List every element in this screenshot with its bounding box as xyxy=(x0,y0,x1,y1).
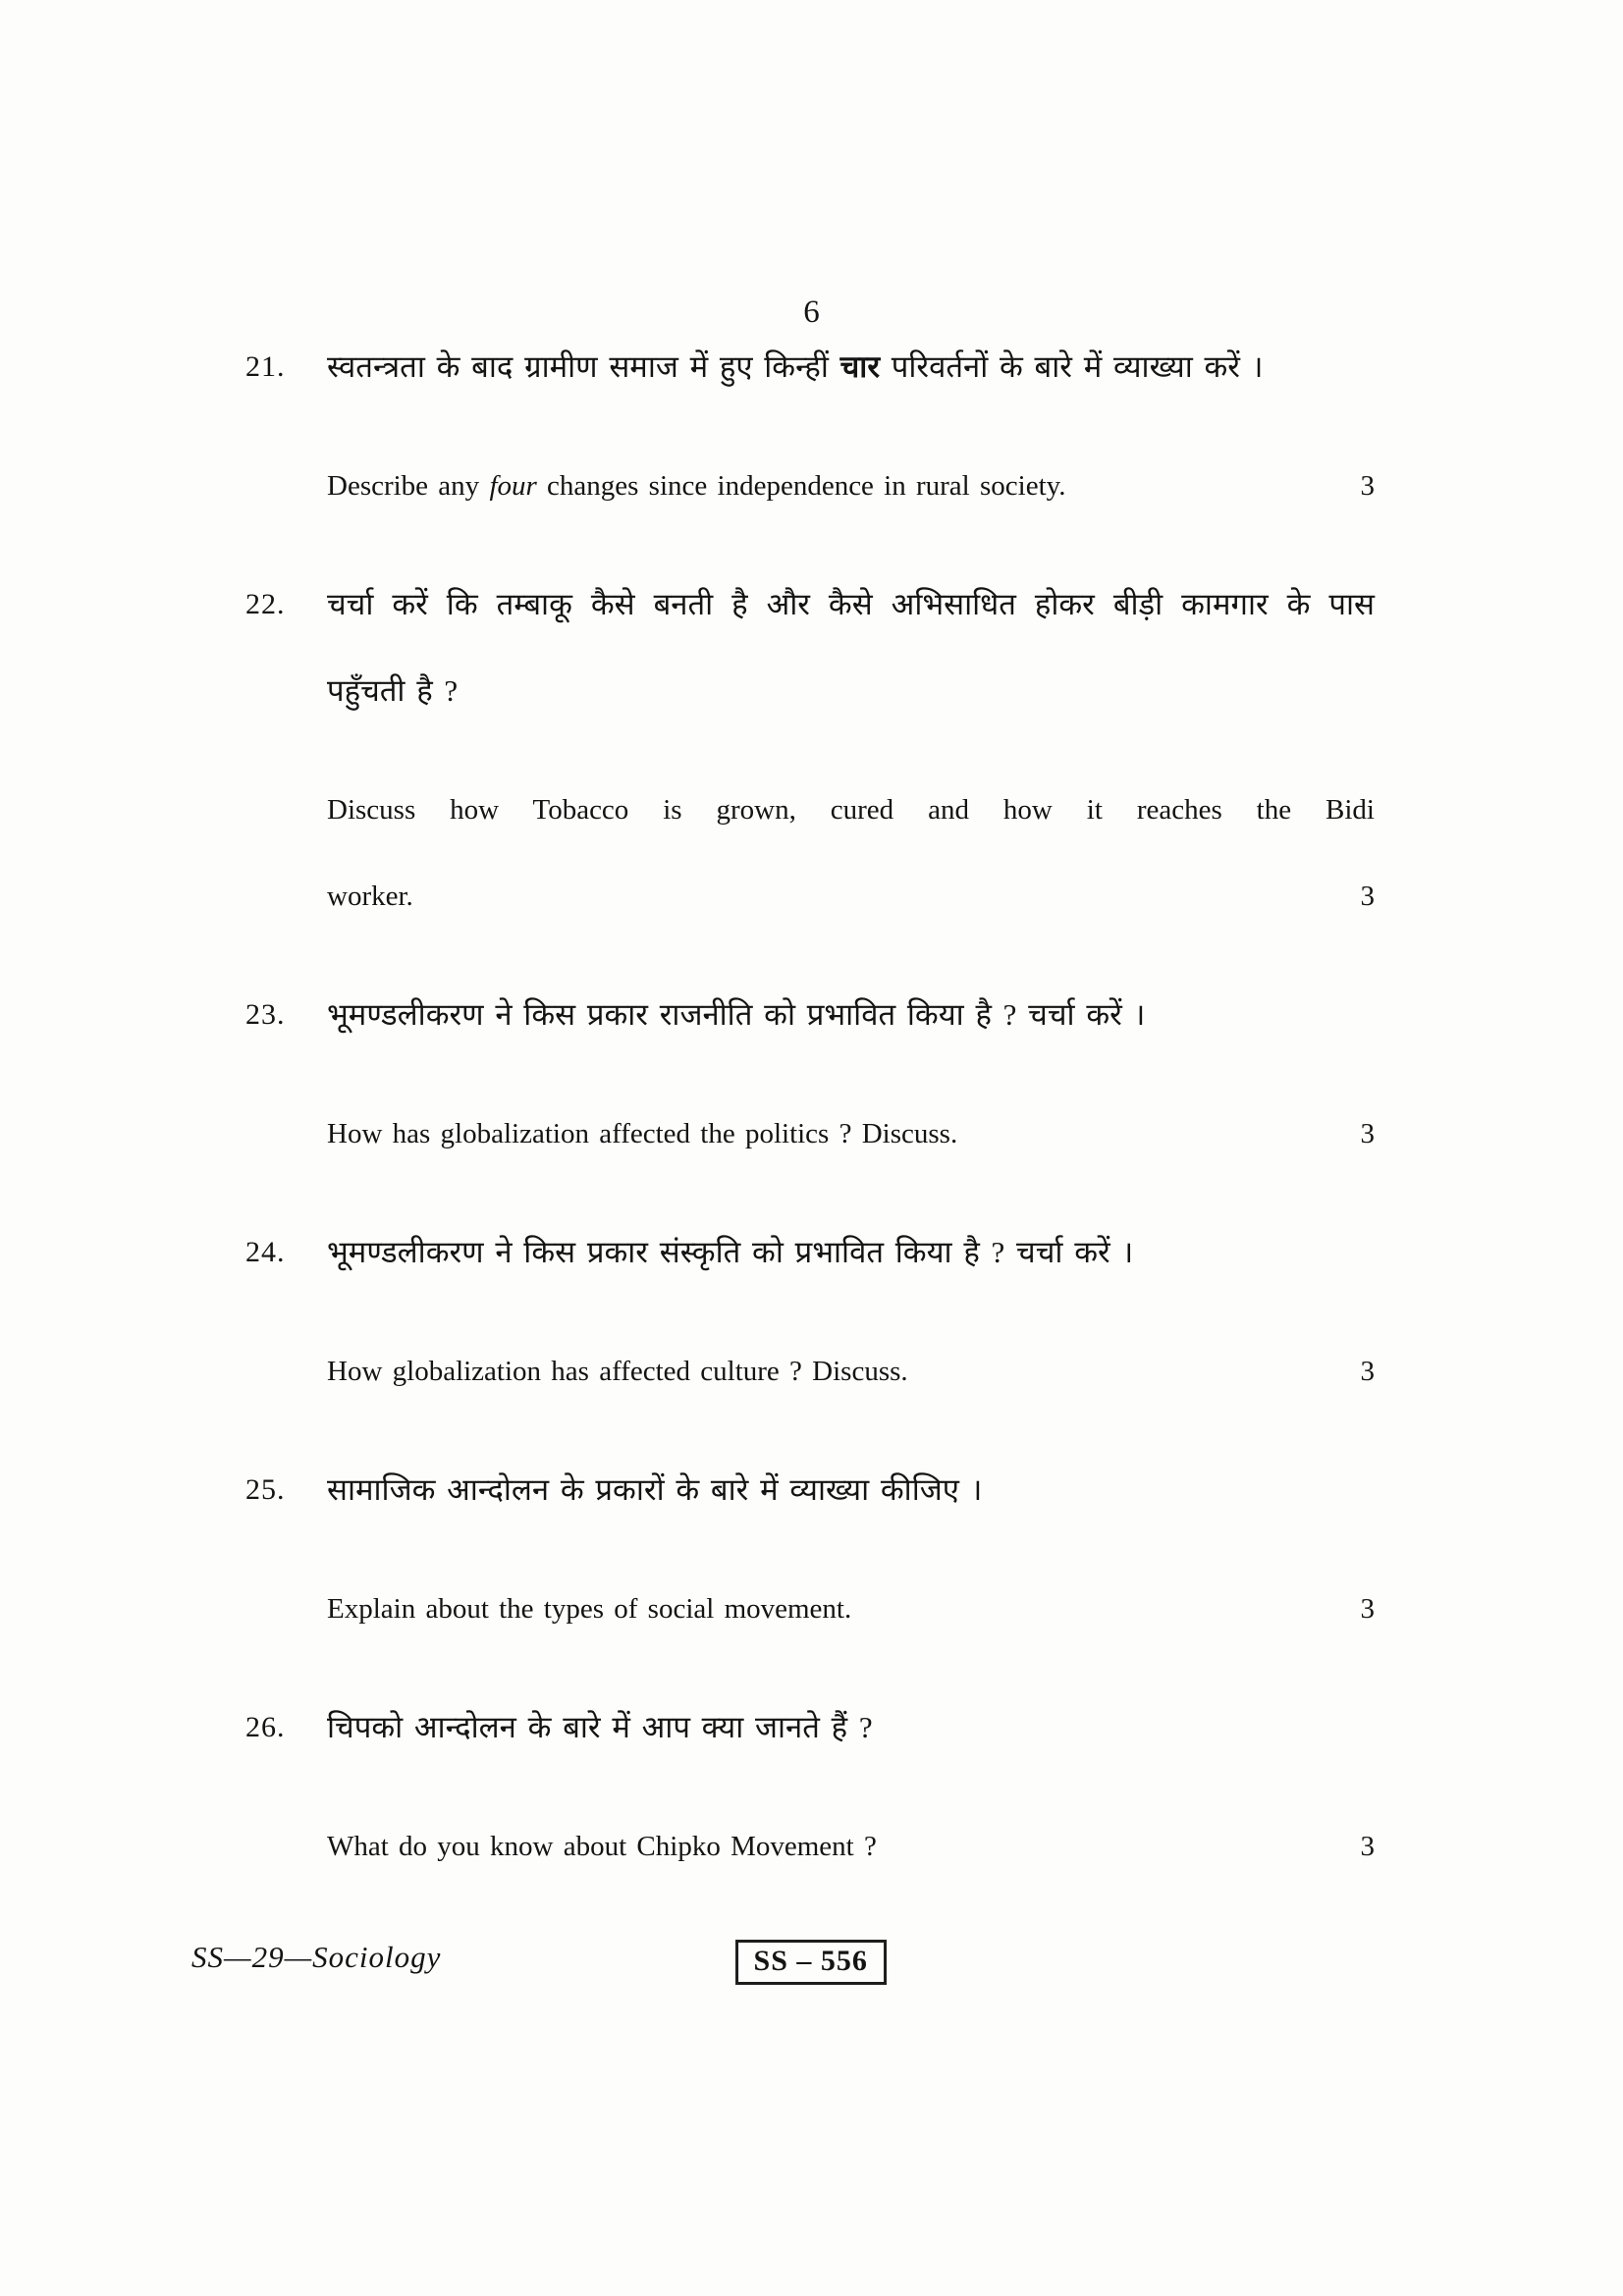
marks-value: 3 xyxy=(1341,853,1376,939)
english-sentence: Explain about the types of social moveme… xyxy=(327,1566,851,1652)
hindi-line-2: पहुँचती है ? xyxy=(327,648,1375,734)
marks-value: 3 xyxy=(1341,1803,1376,1890)
english-sentence: How globalization has affected culture ?… xyxy=(327,1328,908,1415)
question-number: 25. xyxy=(245,1447,327,1533)
question-number: 21. xyxy=(245,324,327,410)
english-line-2: worker. xyxy=(327,853,413,939)
exam-paper-page: 6 21. स्वतन्त्रता के बाद ग्रामीण समाज मे… xyxy=(0,0,1623,2296)
marks-value: 3 xyxy=(1341,1091,1376,1177)
question-25: 25. सामाजिक आन्दोलन के प्रकारों के बारे … xyxy=(245,1447,1375,1684)
question-23: 23. भूमण्डलीकरण ने किस प्रकार राजनीति को… xyxy=(245,972,1375,1209)
marks-value: 3 xyxy=(1341,1566,1376,1652)
question-text-english: How has globalization affected the polit… xyxy=(327,1091,1375,1177)
english-text-prefix: Describe any xyxy=(327,470,489,502)
marks-value: 3 xyxy=(1341,443,1376,529)
hindi-text-prefix: स्वतन्त्रता के बाद ग्रामीण समाज में हुए … xyxy=(327,349,840,384)
question-text-hindi: चर्चा करें कि तम्बाकू कैसे बनती है और कै… xyxy=(327,561,1375,734)
question-text-english: Discuss how Tobacco is grown, cured and … xyxy=(327,767,1375,939)
english-line-1: Discuss how Tobacco is grown, cured and … xyxy=(327,767,1375,853)
english-sentence: Describe any four changes since independ… xyxy=(327,443,1066,529)
question-number: 23. xyxy=(245,972,327,1058)
questions-list: 21. स्वतन्त्रता के बाद ग्रामीण समाज में … xyxy=(245,324,1375,1890)
question-24: 24. भूमण्डलीकरण ने किस प्रकार संस्कृति क… xyxy=(245,1209,1375,1447)
question-text-english: What do you know about Chipko Movement ?… xyxy=(327,1803,1375,1890)
question-text-hindi: स्वतन्त्रता के बाद ग्रामीण समाज में हुए … xyxy=(327,324,1375,410)
question-22: 22. चर्चा करें कि तम्बाकू कैसे बनती है औ… xyxy=(245,561,1375,972)
question-text-hindi: भूमण्डलीकरण ने किस प्रकार संस्कृति को प्… xyxy=(327,1209,1375,1296)
hindi-text-bold: चार xyxy=(840,349,880,384)
question-text-english: Explain about the types of social moveme… xyxy=(327,1566,1375,1652)
english-text-suffix: changes since independence in rural soci… xyxy=(537,470,1066,502)
hindi-text-suffix: परिवर्तनों के बारे में व्याख्या करें । xyxy=(880,349,1263,384)
question-text-hindi: चिपको आन्दोलन के बारे में आप क्या जानते … xyxy=(327,1684,1375,1771)
english-sentence: What do you know about Chipko Movement ? xyxy=(327,1803,877,1890)
page-footer: SS—29—Sociology SS – 556 xyxy=(0,1926,1623,1995)
english-text-italic: four xyxy=(489,470,536,502)
question-26: 26. चिपको आन्दोलन के बारे में आप क्या जा… xyxy=(245,1684,1375,1890)
hindi-line-1: चर्चा करें कि तम्बाकू कैसे बनती है और कै… xyxy=(327,561,1375,648)
question-text-hindi: सामाजिक आन्दोलन के प्रकारों के बारे में … xyxy=(327,1447,1375,1533)
english-sentence: How has globalization affected the polit… xyxy=(327,1091,957,1177)
footer-paper-code: SS—29—Sociology xyxy=(191,1926,441,1989)
question-number: 22. xyxy=(245,561,327,648)
question-text-hindi: भूमण्डलीकरण ने किस प्रकार राजनीति को प्र… xyxy=(327,972,1375,1058)
question-text-english: Describe any four changes since independ… xyxy=(327,443,1375,529)
question-21: 21. स्वतन्त्रता के बाद ग्रामीण समाज में … xyxy=(245,324,1375,561)
marks-value: 3 xyxy=(1341,1328,1376,1415)
question-number: 24. xyxy=(245,1209,327,1296)
question-number: 26. xyxy=(245,1684,327,1771)
question-text-english: How globalization has affected culture ?… xyxy=(327,1328,1375,1415)
footer-paper-number-box: SS – 556 xyxy=(735,1940,887,1985)
